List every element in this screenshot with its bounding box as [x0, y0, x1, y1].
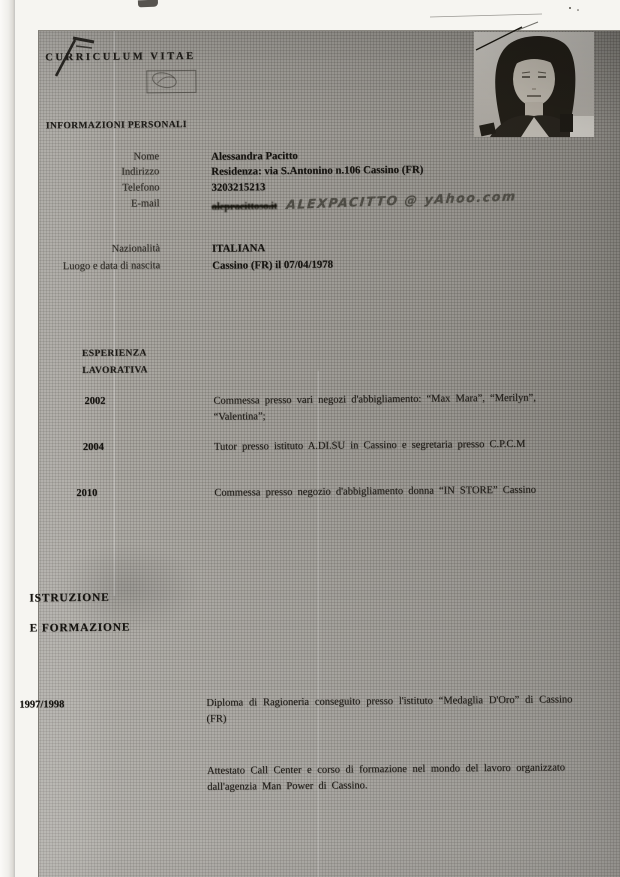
scanned-cv-page: CURRICULUM VITAE INFORMAZIONI PERSONALI …	[0, 0, 620, 877]
field-label: Nome	[1, 151, 159, 164]
field-label: Telefono	[1, 182, 159, 195]
handwritten-email: ALEXPACITTO @ yAhoo.com	[286, 188, 518, 212]
field-label: E-mail	[2, 198, 160, 211]
field-value: Cassino (FR) il 07/04/1978	[212, 259, 333, 272]
field-value-email: alepracittoso.itALEXPACITTO @ yAhoo.com	[212, 195, 517, 213]
education-year: 1997/1998	[19, 699, 64, 710]
field-row-email: E-mail alepracittoso.itALEXPACITTO @ yAh…	[2, 194, 620, 200]
education-text: Attestato Call Center e corso di formazi…	[207, 760, 565, 794]
europass-oval-logo	[146, 70, 196, 93]
field-label: Nazionalità	[2, 243, 160, 256]
field-row-telefono: Telefono 3203215213	[1, 178, 620, 184]
field-row-nazionalita: Nazionalità ITALIANA	[2, 239, 620, 245]
experience-text: Tutor presso istituto A.DI.SU in Cassino…	[214, 436, 570, 455]
field-row-nome: Nome Alessandra Pacitto	[1, 147, 620, 153]
experience-year: 2002	[84, 396, 105, 407]
document-content: CURRICULUM VITAE INFORMAZIONI PERSONALI …	[0, 0, 620, 877]
field-value: 3203215213	[211, 181, 265, 194]
section-heading-education-line1: ISTRUZIONE	[29, 592, 109, 605]
field-value: ITALIANA	[212, 242, 265, 255]
education-text: Diploma di Ragioneria conseguito presso …	[206, 692, 572, 727]
section-heading-education-line2: E FORMAZIONE	[30, 622, 131, 635]
experience-year: 2010	[76, 488, 97, 499]
heading-line: LAVORATIVA	[82, 362, 148, 379]
field-value: Residenza: via S.Antonino n.106 Cassino …	[211, 164, 423, 178]
field-row-nascita: Luogo e data di nascita Cassino (FR) il …	[2, 256, 620, 262]
heading-line: ESPERIENZA	[82, 345, 148, 362]
experience-year: 2004	[83, 442, 104, 453]
field-label: Luogo e data di nascita	[2, 260, 160, 273]
document-title: CURRICULUM VITAE	[45, 51, 196, 63]
struck-out-email: alepracittoso.it	[212, 200, 278, 213]
field-label: Indirizzo	[1, 166, 159, 179]
section-heading-personal: INFORMAZIONI PERSONALI	[46, 120, 187, 131]
experience-text: Commessa presso vari negozi d'abbigliame…	[213, 390, 569, 424]
field-value: Alessandra Pacitto	[211, 150, 298, 163]
section-heading-experience: ESPERIENZA LAVORATIVA	[82, 345, 148, 379]
experience-text: Commessa presso negozio d'abbigliamento …	[214, 482, 570, 501]
